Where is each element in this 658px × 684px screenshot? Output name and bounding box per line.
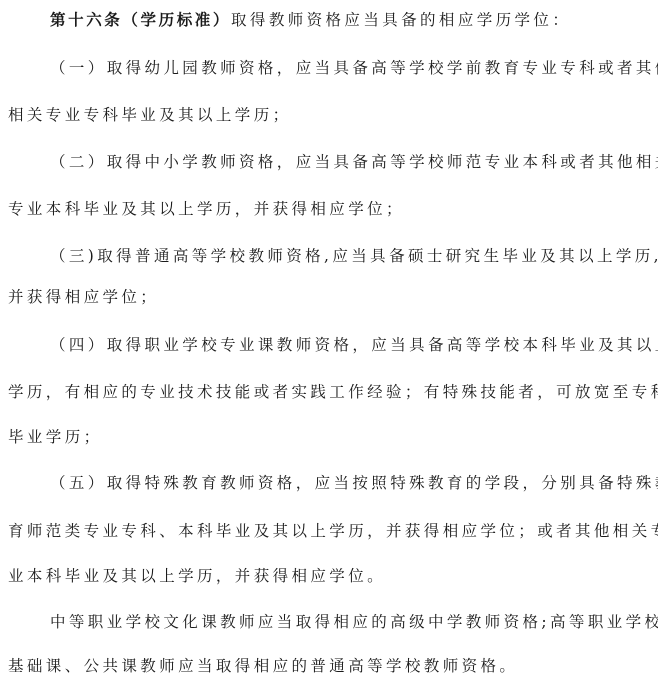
article-heading-line: 第十六条（学历标准）取得教师资格应当具备的相应学历学位： — [50, 10, 654, 30]
clause-5-line-1: （五）取得特殊教育教师资格，应当按照特殊教育的学段，分别具备特殊教 — [50, 473, 654, 493]
clause-1-line-1: （一）取得幼儿园教师资格，应当具备高等学校学前教育专业专科或者其他 — [50, 58, 654, 78]
clause-4-line-2: 学历，有相应的专业技术技能或者实践工作经验；有特殊技能者，可放宽至专科 — [8, 382, 654, 402]
article-title: 第十六条（学历标准） — [50, 10, 231, 29]
clause-4-line-3: 毕业学历； — [8, 427, 654, 447]
closing-line-1: 中等职业学校文化课教师应当取得相应的高级中学教师资格;高等职业学校 — [50, 612, 654, 632]
article-intro: 取得教师资格应当具备的相应学历学位： — [231, 11, 571, 29]
clause-5-line-2: 育师范类专业专科、本科毕业及其以上学历，并获得相应学位；或者其他相关专 — [8, 521, 654, 541]
clause-3-line-2: 并获得相应学位； — [8, 287, 654, 307]
clause-1-line-2: 相关专业专科毕业及其以上学历； — [8, 105, 654, 125]
clause-4-line-1: （四）取得职业学校专业课教师资格，应当具备高等学校本科毕业及其以上 — [50, 335, 654, 355]
clause-2-line-2: 专业本科毕业及其以上学历，并获得相应学位； — [8, 199, 654, 219]
clause-3-line-1: （三)取得普通高等学校教师资格,应当具备硕士研究生毕业及其以上学历, — [50, 246, 654, 266]
clause-5-line-3: 业本科毕业及其以上学历，并获得相应学位。 — [8, 566, 654, 586]
closing-line-2: 基础课、公共课教师应当取得相应的普通高等学校教师资格。 — [8, 656, 654, 676]
clause-2-line-1: （二）取得中小学教师资格，应当具备高等学校师范专业本科或者其他相关 — [50, 152, 654, 172]
document-page: 第十六条（学历标准）取得教师资格应当具备的相应学历学位： （一）取得幼儿园教师资… — [0, 0, 658, 684]
